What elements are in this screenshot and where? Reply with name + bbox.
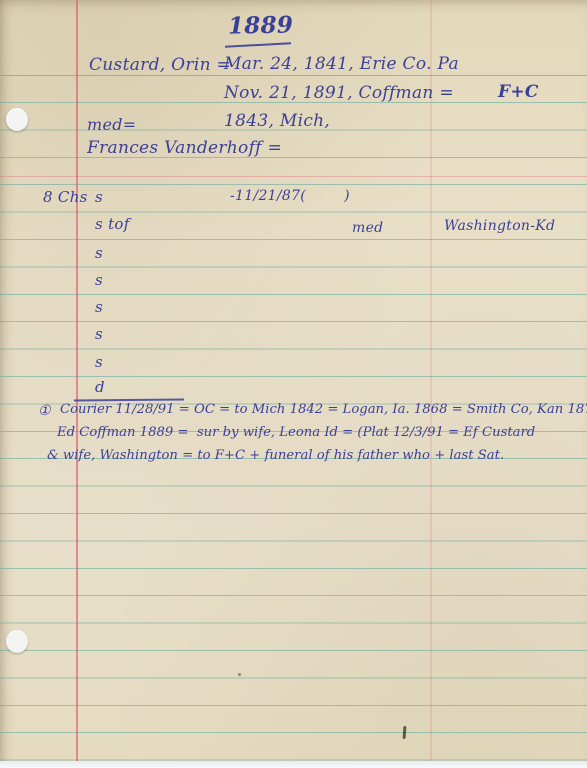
footnote-marker: ① xyxy=(38,404,51,418)
child-row-code: s xyxy=(95,300,103,315)
footnote-line-3: & wife, Washington = to F+C + funeral of… xyxy=(47,449,504,462)
margin-line xyxy=(76,0,78,761)
child-row-code: s xyxy=(95,273,103,288)
entry-name: Custard, Orin = xyxy=(89,57,231,74)
med-label: med= xyxy=(87,117,137,133)
ink-speck xyxy=(403,726,407,739)
footnote-line-2: Ed Coffman 1889 = sur by wife, Leona Id … xyxy=(57,426,535,439)
footnote-line-1: Courier 11/28/91 = OC = to Mich 1842 = L… xyxy=(60,403,587,416)
child-row-code: s xyxy=(95,327,103,342)
hole-punch-bottom xyxy=(6,630,28,653)
notebook-page: 1889 Custard, Orin = Mar. 24, 1841, Erie… xyxy=(0,0,587,768)
child-row-code: s xyxy=(95,355,103,370)
year-underline xyxy=(225,42,291,47)
child-row-code: s xyxy=(95,190,103,205)
children-count: 8 Chs xyxy=(43,190,88,205)
paper-speck xyxy=(238,673,241,676)
entry-birth: Mar. 24, 1841, Erie Co. Pa xyxy=(224,56,459,73)
entry-marriage: Nov. 21, 1891, Coffman = xyxy=(224,85,454,102)
child-row-code: s tof xyxy=(95,217,130,232)
year-heading: 1889 xyxy=(228,13,294,37)
hole-punch-top xyxy=(6,108,28,131)
child-row-right: Washington-Kd xyxy=(444,219,555,233)
child-row-note: med xyxy=(352,221,383,235)
child-row-code: d xyxy=(95,380,105,395)
child-row-note: -11/21/87( ) xyxy=(230,189,350,203)
med-value: 1843, Mich, xyxy=(224,113,330,130)
child-row-code: s xyxy=(95,246,103,261)
bleedthrough-line xyxy=(430,0,432,761)
red-rule-second xyxy=(0,176,587,177)
scanner-edge-strip xyxy=(0,761,587,768)
entry-spouse: Frances Vanderhoff = xyxy=(87,140,282,157)
entry-marriage-right: F+C xyxy=(498,84,539,101)
red-rule-top xyxy=(0,75,587,76)
